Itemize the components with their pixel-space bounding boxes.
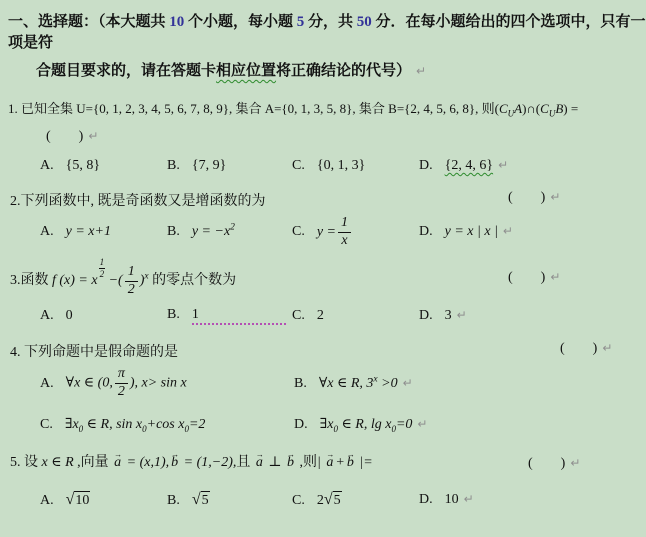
q3-option-a-value: 0 xyxy=(66,308,73,323)
return-mark-icon: ↵ xyxy=(457,308,467,322)
vector-b: →b xyxy=(171,451,178,475)
return-mark-icon: ↵ xyxy=(416,64,426,78)
question-2-answer-blank: ( )↵ xyxy=(508,190,560,206)
exam-document-page: 一、选择题：（本大题共 10 个小题，每小题 5 分，共 50 分．在每小题给出… xyxy=(0,0,646,537)
answer-parentheses: ( ) xyxy=(46,129,83,144)
q1-equals: ) = xyxy=(563,101,578,116)
q2-option-c-fraction: 1x xyxy=(338,216,351,248)
q2-option-d-value: y = x | x | xyxy=(445,224,498,239)
section-header-line1: 一、选择题：（本大题共 10 个小题，每小题 5 分，共 50 分．在每小题给出… xyxy=(0,0,646,52)
vector-a: →a xyxy=(326,451,333,475)
q1-text: 1. 已知全集 U={0, 1, 2, 3, 4, 5, 6, 7, 8, 9}… xyxy=(8,101,499,116)
answer-parentheses: ( ) xyxy=(560,341,597,356)
q4-option-a-suffix: ), x> sin x xyxy=(130,376,187,391)
option-label-d: D. xyxy=(419,308,433,323)
return-mark-icon: ↵ xyxy=(498,158,508,172)
header-text-5: 合题目要求的，请在答题卡 xyxy=(36,63,216,79)
option-label-b: B. xyxy=(167,224,180,239)
fraction-numerator: π xyxy=(115,367,128,384)
q1-set-a: A xyxy=(514,101,522,116)
q2-option-c-prefix: y = xyxy=(317,224,336,239)
q1-option-b-value: {7, 9} xyxy=(192,158,226,173)
q4-option-b: B.∀x ∈ R, 3x >0↵ xyxy=(294,375,646,392)
q4-option-c-1: ∃x xyxy=(65,417,79,432)
q3-option-c-value: 2 xyxy=(317,308,324,323)
header-count-questions: 10 xyxy=(169,14,184,30)
vector-a: →a xyxy=(256,451,263,475)
vector-b: →b xyxy=(347,451,354,475)
return-mark-icon: ↵ xyxy=(88,129,98,143)
section-header-line2: 合题目要求的，请在答题卡相应位置将正确结论的代号）↵ xyxy=(0,52,646,80)
option-label-a: A. xyxy=(40,224,54,239)
fraction-denominator: 2 xyxy=(125,282,138,298)
q4-option-b-suffix: >0 xyxy=(378,376,398,391)
vector-arrow-icon: → xyxy=(347,443,354,467)
q2-option-b-exponent: 2 xyxy=(230,223,235,233)
radical-icon: √ xyxy=(192,491,201,509)
fraction-numerator: 1 xyxy=(338,216,351,233)
q3-text-prefix: 3.函数 xyxy=(10,273,52,288)
q1-option-c-value: {0, 1, 3} xyxy=(317,158,365,173)
radical-icon: √ xyxy=(66,491,75,509)
q5-math-2: = (x,1), xyxy=(123,455,169,470)
option-label-c: C. xyxy=(292,224,305,239)
option-label-a: A. xyxy=(40,493,54,508)
question-5-answer-blank: ( )↵ xyxy=(528,451,580,476)
q5-math-3: = (1,−2), xyxy=(180,455,236,470)
header-text-3: 分，共 xyxy=(304,14,357,30)
return-mark-icon: ↵ xyxy=(550,190,560,204)
q4-option-d-1: ∃x xyxy=(320,417,334,432)
q5-math-1: x ∈ R xyxy=(42,455,74,470)
q4-option-a: A.∀x ∈ (0,π2), x> sin x xyxy=(40,367,294,399)
q5-option-a: A.√10 xyxy=(40,491,167,510)
q5-option-c-sqrt: √5 xyxy=(324,491,342,510)
header-text-1: 一、选择题：（本大题共 xyxy=(8,14,169,30)
q2-option-a-value: y = x+1 xyxy=(66,224,111,239)
option-label-b: B. xyxy=(167,158,180,173)
option-label-b: B. xyxy=(167,307,180,322)
q2-option-d: D.y = x | x |↵ xyxy=(419,224,646,240)
vector-arrow-icon: → xyxy=(326,443,333,467)
question-3-answer-blank: ( )↵ xyxy=(508,270,560,286)
q1-intersect: )∩( xyxy=(522,101,540,116)
answer-parentheses: ( ) xyxy=(508,190,545,205)
question-2-options: A.y = x+1 B.y = −x2 C.y =1x D.y = x | x … xyxy=(0,216,646,248)
header-text-grammar-underline: 相应位置 xyxy=(216,63,276,79)
q5-option-a-sqrt: √10 xyxy=(66,491,91,510)
question-4-options: A.∀x ∈ (0,π2), x> sin x B.∀x ∈ R, 3x >0↵… xyxy=(0,367,646,432)
q3-option-a: A.0 xyxy=(40,308,167,324)
q5-option-b-radicand: 5 xyxy=(201,491,210,510)
q4-option-a-prefix: ∀x ∈ (0, xyxy=(66,376,113,391)
q5-option-d: D.10↵ xyxy=(419,492,646,508)
fraction-numerator: 1 xyxy=(99,258,106,269)
return-mark-icon: ↵ xyxy=(602,341,612,355)
q1-option-a: A.{5, 8} xyxy=(40,158,167,174)
q5-option-c-coefficient: 2 xyxy=(317,493,324,508)
q5-plus: + xyxy=(335,455,344,470)
question-5-options: A.√10 B.√5 C.2√5 D.10↵ xyxy=(0,491,646,510)
question-1-answer-blank: ( )↵ xyxy=(0,129,646,145)
radical-icon: √ xyxy=(324,491,333,509)
q4-option-c-4: =2 xyxy=(189,417,205,432)
q3-option-c: C.2 xyxy=(292,308,419,324)
q4-text: 4. 下列命题中是假命题的是 xyxy=(10,345,178,360)
option-label-b: B. xyxy=(167,493,180,508)
question-2-stem: 2.下列函数中, 既是奇函数又是增函数的为 ( )↵ xyxy=(0,190,646,210)
vector-arrow-icon: → xyxy=(256,443,263,467)
q3-option-b-value: 1 xyxy=(192,307,199,322)
header-text-2: 个小题，每小题 xyxy=(184,14,297,30)
q5-option-a-radicand: 10 xyxy=(74,491,90,510)
return-mark-icon: ↵ xyxy=(464,492,474,506)
q3-half-fraction: 12 xyxy=(125,265,138,297)
q5-option-c: C.2√5 xyxy=(292,491,419,510)
q4-option-c: C.∃x0 ∈ R, sin x0+cos x0=2 xyxy=(40,416,294,433)
fraction-denominator: x xyxy=(338,233,351,249)
q2-option-b: B.y = −x2 xyxy=(167,224,292,240)
question-3-stem: 3.函数 f (x) = x12 −(12)x 的零点个数为 ( )↵ xyxy=(0,258,646,297)
q4-option-c-3: +cos x xyxy=(147,417,185,432)
q1-option-a-value: {5, 8} xyxy=(66,158,100,173)
q4-option-a-pi-fraction: π2 xyxy=(115,367,128,399)
q5-option-c-radicand: 5 xyxy=(333,491,342,510)
q3-option-d-value: 3 xyxy=(445,308,452,323)
vector-arrow-icon: → xyxy=(287,443,294,467)
vector-b: →b xyxy=(287,451,294,475)
q1-option-c: C.{0, 1, 3} xyxy=(292,158,419,174)
return-mark-icon: ↵ xyxy=(503,224,513,238)
q2-option-a: A.y = x+1 xyxy=(40,224,167,240)
q5-option-d-value: 10 xyxy=(445,492,459,507)
q1-option-d-value: {2, 4, 6} xyxy=(445,158,493,173)
option-label-d: D. xyxy=(419,492,433,507)
q5-option-b-sqrt: √5 xyxy=(192,491,210,510)
answer-parentheses: ( ) xyxy=(508,270,545,285)
q5-text-4: ,则 xyxy=(296,455,317,470)
q5-perpendicular: ⊥ xyxy=(265,455,285,470)
option-label-a: A. xyxy=(40,308,54,323)
q3-option-b: B.1 xyxy=(167,307,292,325)
q4-option-d: D.∃x0 ∈ R, lg x0=0↵ xyxy=(294,416,646,433)
q1-option-d: D.{2, 4, 6}↵ xyxy=(419,158,646,174)
q5-text-3: 且 xyxy=(236,455,254,470)
header-points-total: 50 xyxy=(357,14,372,30)
option-label-c: C. xyxy=(292,308,305,323)
question-4-stem: 4. 下列命题中是假命题的是 ( )↵ xyxy=(0,341,646,361)
fraction-denominator: 2 xyxy=(115,384,128,400)
header-text-6: 将正确结论的代号） xyxy=(276,63,411,79)
option-label-d: D. xyxy=(419,158,433,173)
answer-parentheses: ( ) xyxy=(528,456,565,471)
q5-text-2: ,向量 xyxy=(74,455,113,470)
q3-text-suffix: 的零点个数为 xyxy=(149,273,237,288)
option-label-b: B. xyxy=(294,376,307,391)
q1-option-b: B.{7, 9} xyxy=(167,158,292,174)
q4-option-b-base: ∀x ∈ R, 3 xyxy=(319,376,374,391)
return-mark-icon: ↵ xyxy=(550,270,560,284)
q5-abs-close-equals: |= xyxy=(356,455,373,470)
q4-option-c-2: ∈ R, sin x xyxy=(83,417,142,432)
question-4-answer-blank: ( )↵ xyxy=(560,341,612,357)
q3-option-b-dotted-underline: 1 xyxy=(192,307,286,325)
q2-option-c: C.y =1x xyxy=(292,216,419,248)
q2-option-b-value: y = −x xyxy=(192,224,230,239)
question-3-options: A.0 B.1 C.2 D.3↵ xyxy=(0,307,646,325)
question-1-options: A.{5, 8} B.{7, 9} C.{0, 1, 3} D.{2, 4, 6… xyxy=(0,158,646,174)
option-label-a: A. xyxy=(40,158,54,173)
q2-text: 2.下列函数中, 既是奇函数又是增函数的为 xyxy=(10,194,266,209)
option-label-c: C. xyxy=(292,493,305,508)
vector-a: →a xyxy=(114,451,121,475)
option-label-c: C. xyxy=(40,417,53,432)
q4-option-d-3: =0 xyxy=(396,417,412,432)
vector-arrow-icon: → xyxy=(114,443,121,467)
q3-option-d: D.3↵ xyxy=(419,308,646,324)
option-label-d: D. xyxy=(294,417,308,432)
q1-complement-c1: C xyxy=(499,101,508,116)
q3-minus-open: −( xyxy=(105,273,123,288)
question-5-stem: 5. 设 x ∈ R ,向量 →a = (x,1),→b = (1,−2),且 … xyxy=(0,451,646,475)
question-1-stem: 1. 已知全集 U={0, 1, 2, 3, 4, 5, 6, 7, 8, 9}… xyxy=(0,98,646,117)
fraction-numerator: 1 xyxy=(125,265,138,282)
return-mark-icon: ↵ xyxy=(570,456,580,470)
vector-arrow-icon: → xyxy=(171,443,178,467)
q5-option-b: B.√5 xyxy=(167,491,292,510)
q3-function: f (x) = x xyxy=(52,273,98,288)
q5-abs-open: | xyxy=(317,455,324,470)
return-mark-icon: ↵ xyxy=(403,376,413,390)
q1-complement-c2: C xyxy=(540,101,549,116)
option-label-c: C. xyxy=(292,158,305,173)
option-label-a: A. xyxy=(40,376,54,391)
q5-text-1: 5. 设 xyxy=(10,455,42,470)
option-label-d: D. xyxy=(419,224,433,239)
return-mark-icon: ↵ xyxy=(417,417,427,431)
q4-option-d-2: ∈ R, lg x xyxy=(338,417,392,432)
